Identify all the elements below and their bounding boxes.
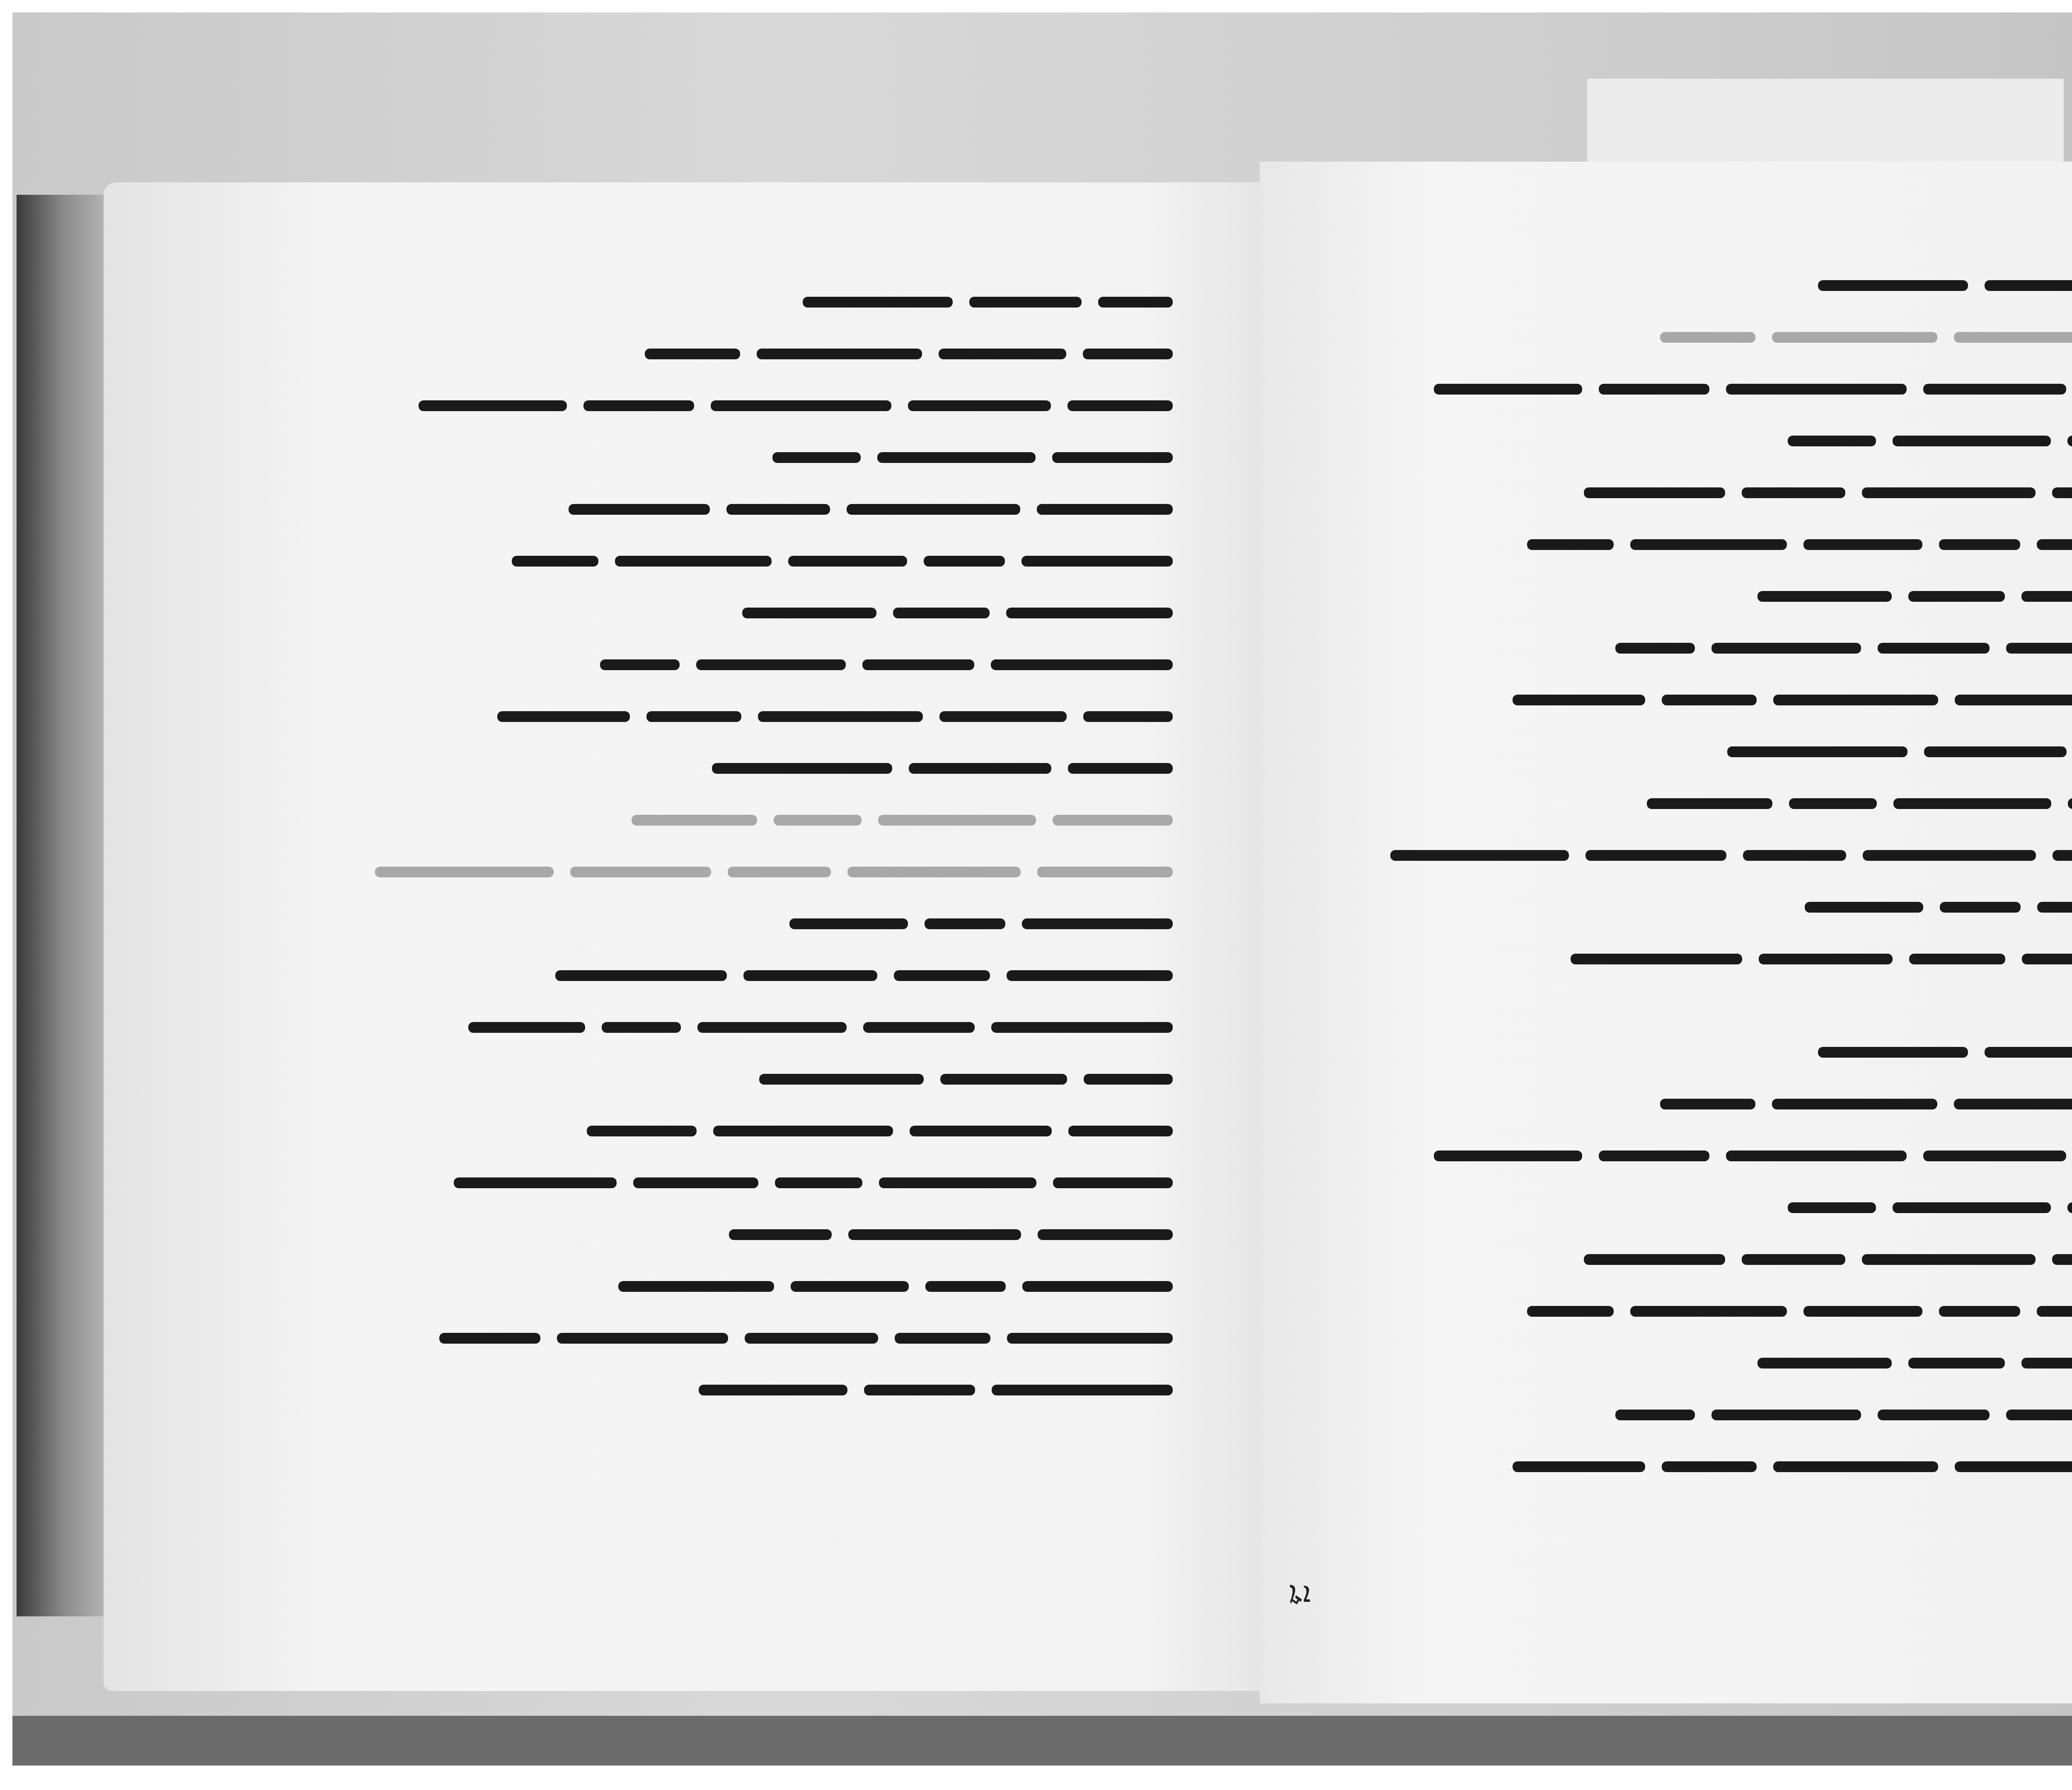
manuscript-line [1326, 620, 2072, 671]
manuscript-line [323, 1051, 1173, 1102]
manuscript-line [1326, 309, 2072, 361]
manuscript-line [1326, 1127, 2072, 1179]
catchword: ܐܬܐ [1289, 1575, 1311, 1609]
manuscript-line [323, 533, 1173, 584]
manuscript-line [1326, 671, 2072, 723]
manuscript-line [1326, 1386, 2072, 1438]
manuscript-line [1326, 930, 2072, 982]
manuscript-line [323, 274, 1173, 325]
manuscript-line [1326, 879, 2072, 930]
manuscript-line [1326, 464, 2072, 516]
manuscript-line [1326, 827, 2072, 879]
table-surface [12, 1716, 2072, 1766]
right-page-text-block-1 [1326, 257, 2072, 982]
manuscript-line [323, 1258, 1173, 1310]
manuscript-line [323, 481, 1173, 533]
manuscript-line [323, 1310, 1173, 1361]
manuscript-line [1326, 723, 2072, 775]
manuscript-line [323, 843, 1173, 895]
manuscript-line [323, 740, 1173, 792]
manuscript-line [323, 636, 1173, 688]
manuscript-line [323, 999, 1173, 1051]
manuscript-line [323, 1102, 1173, 1154]
manuscript-line [1326, 1438, 2072, 1490]
manuscript-line [1326, 1179, 2072, 1231]
manuscript-line [323, 1206, 1173, 1258]
manuscript-line [1326, 568, 2072, 620]
manuscript-line [1326, 1283, 2072, 1335]
manuscript-line [323, 947, 1173, 999]
right-page-text-block-2 [1326, 1024, 2072, 1490]
manuscript-line [323, 895, 1173, 947]
manuscript-line [1326, 361, 2072, 412]
manuscript-line [1326, 1231, 2072, 1283]
manuscript-line [323, 377, 1173, 429]
manuscript-line [1326, 257, 2072, 309]
manuscript-line [323, 1154, 1173, 1206]
manuscript-line [1326, 1075, 2072, 1127]
left-page-text [323, 274, 1173, 1413]
manuscript-line [323, 325, 1173, 377]
manuscript-line [323, 429, 1173, 481]
manuscript-line [1326, 516, 2072, 568]
manuscript-line [323, 688, 1173, 740]
manuscript-line [323, 792, 1173, 843]
manuscript-line [1326, 1024, 2072, 1075]
manuscript-line [323, 584, 1173, 636]
manuscript-line [323, 1361, 1173, 1413]
manuscript-line [1326, 412, 2072, 464]
manuscript-line [1326, 775, 2072, 827]
manuscript-line [1326, 1335, 2072, 1386]
